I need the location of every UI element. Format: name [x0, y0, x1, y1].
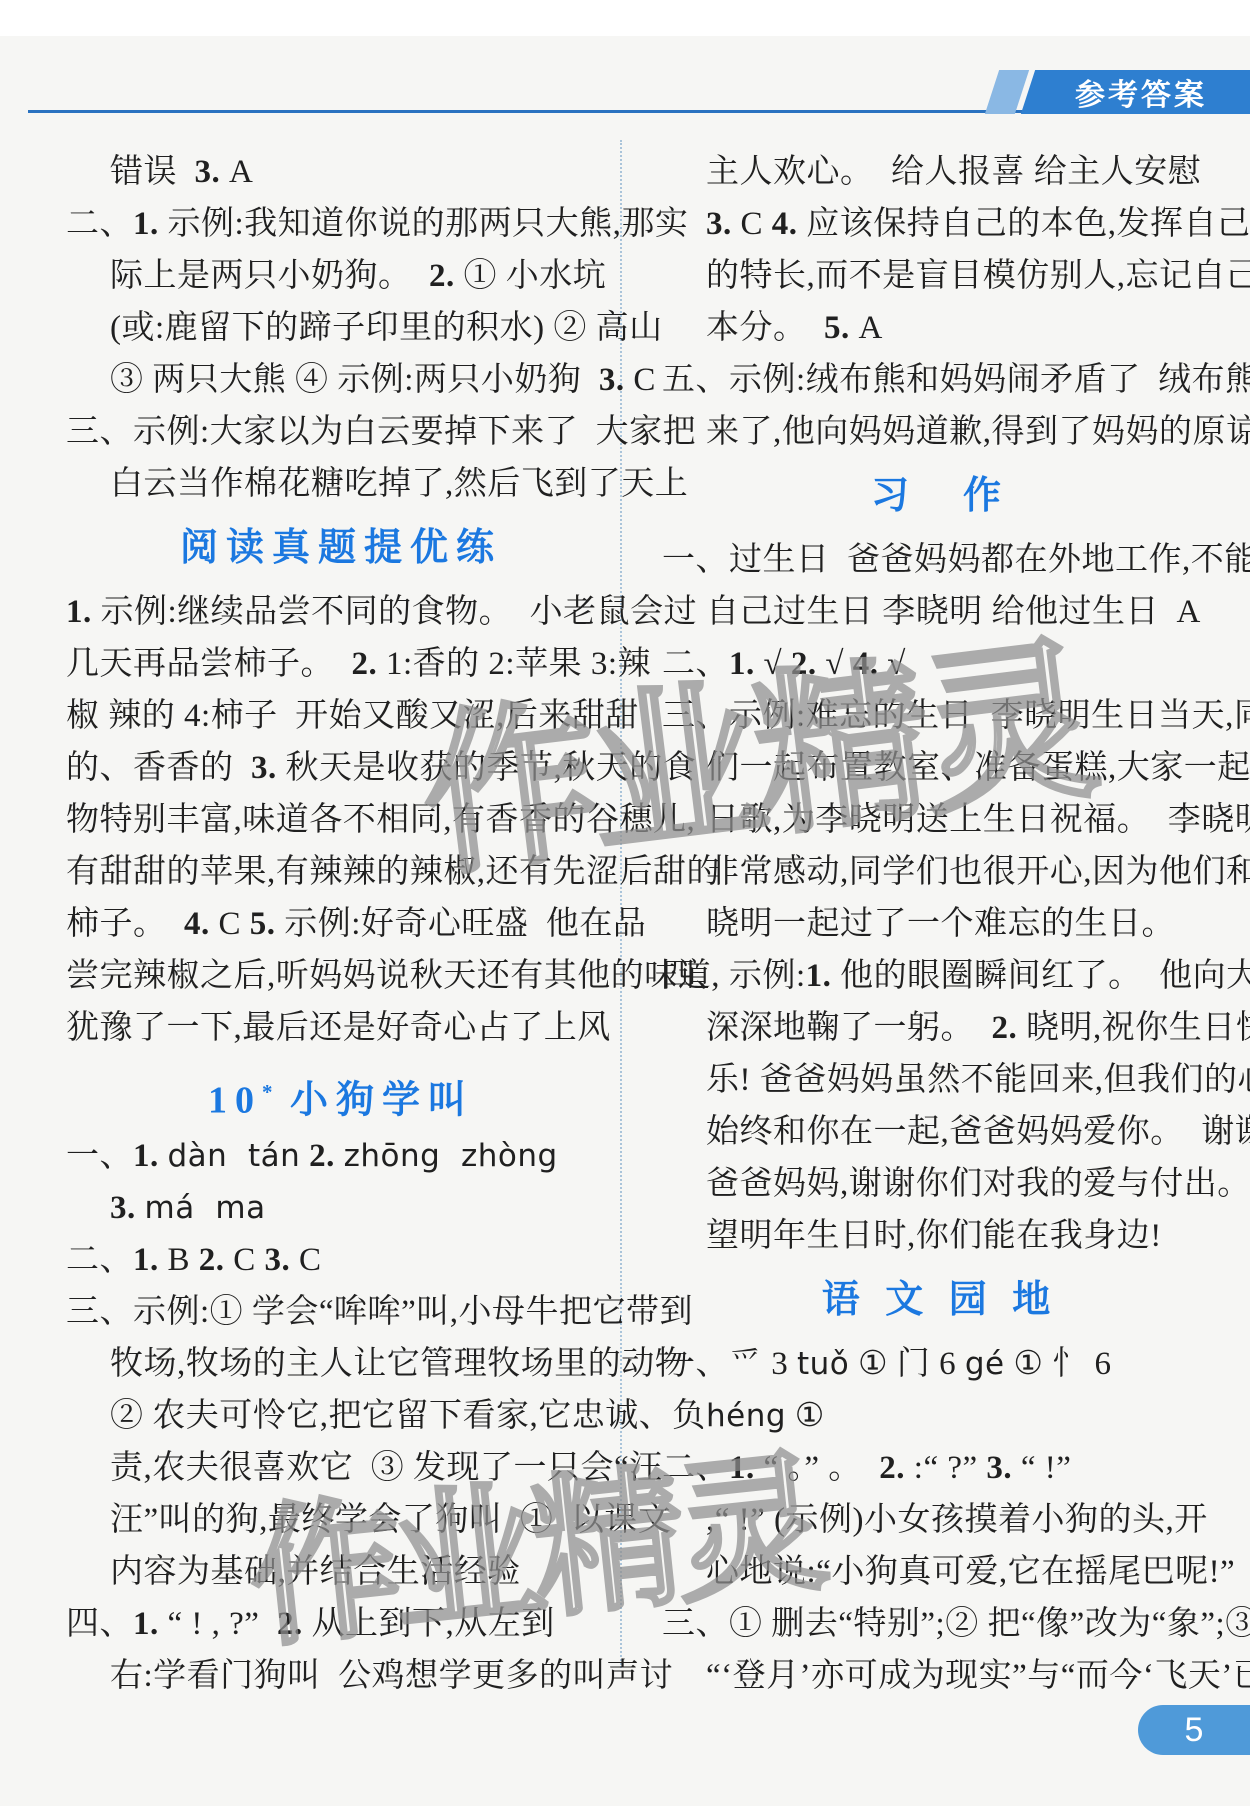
answer-line: 右:学看门狗叫 公鸡想学更多的叫声讨 [66, 1650, 616, 1702]
answer-line: 一、过生日 爸爸妈妈都在外地工作,不能陪 [662, 534, 1218, 586]
answer-line: 的特长,而不是盲目模仿别人,忘记自己的 [662, 250, 1218, 302]
section-heading: 语 文 园 地 [662, 1262, 1218, 1338]
answer-line: 三、示例:难忘的生日 李晓明生日当天,同学 [662, 690, 1218, 742]
answer-line: ② 农夫可怜它,把它留下看家,它忠诚、负 [66, 1390, 616, 1442]
answer-line: 错误 3. A [66, 146, 616, 198]
answer-line: 本分。 5. A [662, 302, 1218, 354]
answer-line: 3. C 4. 应该保持自己的本色,发挥自己 [662, 198, 1218, 250]
answer-line: 爸爸妈妈,谢谢你们对我的爱与付出。希 [662, 1158, 1218, 1210]
answer-line: 心地说:“小狗真可爱,它在摇尾巴呢!” [662, 1546, 1218, 1598]
page-number-badge: 5 [1138, 1705, 1250, 1755]
section-heading: 10* 小狗学叫 [66, 1054, 616, 1130]
answer-line: 三、示例:① 学会“哞哞”叫,小母牛把它带到 [66, 1286, 616, 1338]
answer-line: 二、1. 示例:我知道你说的那两只大熊,那实 [66, 198, 616, 250]
answer-line: 一、爫 3 tuǒ ① 门 6 gé ① 忄 6 [662, 1338, 1218, 1390]
answer-line: 三、示例:大家以为白云要掉下来了 大家把 [66, 406, 616, 458]
answer-line: 有甜甜的苹果,有辣辣的辣椒,还有先涩后甜的 [66, 846, 616, 898]
answer-line: 牧场,牧场的主人让它管理牧场里的动物 [66, 1338, 616, 1390]
answer-line: 们一起布置教室、准备蛋糕,大家一起唱生 [662, 742, 1218, 794]
answer-line: 非常感动,同学们也很开心,因为他们和李 [662, 846, 1218, 898]
page-top-margin [0, 0, 1250, 36]
answer-line: 二、1. B 2. C 3. C [66, 1234, 616, 1286]
answer-line: 一、1. dàn tán 2. zhōng zhòng [66, 1130, 616, 1182]
answer-line: 内容为基础,并结合生活经验 [66, 1546, 616, 1598]
answer-line: 二、1. √ 2. √ 4. √ [662, 638, 1218, 690]
answer-line: 来了,他向妈妈道歉,得到了妈妈的原谅 [662, 406, 1218, 458]
page-title: 参考答案 [1075, 70, 1221, 114]
answer-line: 望明年生日时,你们能在我身边! [662, 1210, 1218, 1262]
answer-line: 深深地鞠了一躬。 2. 晓明,祝你生日快 [662, 1002, 1218, 1054]
answer-line: “‘登月’亦可成为现实”与“而今‘飞天’已 [662, 1650, 1218, 1702]
right-column: 主人欢心。 给人报喜 给主人安慰3. C 4. 应该保持自己的本色,发挥自己的特… [662, 146, 1218, 1702]
left-column: 错误 3. A二、1. 示例:我知道你说的那两只大熊,那实际上是两只小奶狗。 2… [66, 146, 616, 1702]
answer-line: 日歌,为李晓明送上生日祝福。 李晓明 [662, 794, 1218, 846]
answer-line: 乐! 爸爸妈妈虽然不能回来,但我们的心 [662, 1054, 1218, 1106]
answer-line: 汪”叫的狗,最终学会了狗叫 ① 以课文 [66, 1494, 616, 1546]
answer-line: 晓明一起过了一个难忘的生日。 [662, 898, 1218, 950]
answer-line: 柿子。 4. C 5. 示例:好奇心旺盛 他在品 [66, 898, 616, 950]
answer-line: 责,农夫很喜欢它 ③ 发现了一只会“汪 [66, 1442, 616, 1494]
answer-key-page: 参考答案 错误 3. A二、1. 示例:我知道你说的那两只大熊,那实际上是两只小… [0, 0, 1250, 1806]
answer-line: 三、① 删去“特别”;② 把“像”改为“象”;③ 把 [662, 1598, 1218, 1650]
answer-line: 际上是两只小奶狗。 2. ① 小水坑 [66, 250, 616, 302]
answer-line: 几天再品尝柿子。 2. 1:香的 2:苹果 3:辣 [66, 638, 616, 690]
header-rule [28, 110, 1048, 113]
page-number: 5 [1185, 1711, 1204, 1750]
answer-line: ③ 两只大熊 ④ 示例:两只小奶狗 3. C [66, 354, 616, 406]
answer-line: 四、1. “ ! , ?” 2. 从上到下,从左到 [66, 1598, 616, 1650]
answer-line: 1. 示例:继续品尝不同的食物。 小老鼠会过 [66, 586, 616, 638]
answer-line: 白云当作棉花糖吃掉了,然后飞到了天上 [66, 458, 616, 510]
answer-line: héng ① [662, 1390, 1218, 1442]
answer-line: 的、香香的 3. 秋天是收获的季节,秋天的食 [66, 742, 616, 794]
answer-line: 主人欢心。 给人报喜 给主人安慰 [662, 146, 1218, 198]
section-heading: 习 作 [662, 458, 1218, 534]
answer-line: ,“ !” (示例)小女孩摸着小狗的头,开 [662, 1494, 1218, 1546]
answer-line: 尝完辣椒之后,听妈妈说秋天还有其他的味道, [66, 950, 616, 1002]
answer-line: 椒 辣的 4:柿子 开始又酸又涩,后来甜甜 [66, 690, 616, 742]
answer-line: 四、示例:1. 他的眼圈瞬间红了。 他向大家 [662, 950, 1218, 1002]
answer-line: 二、1. “ 。” 。 2. :“ ?” 3. “ !” [662, 1442, 1218, 1494]
header-ribbon: 参考答案 [1021, 70, 1250, 114]
answer-line: 物特别丰富,味道各不相同,有香香的谷穗儿, [66, 794, 616, 846]
answer-line: (或:鹿留下的蹄子印里的积水) ② 高山 [66, 302, 616, 354]
answer-line: 自己过生日 李晓明 给他过生日 A [662, 586, 1218, 638]
answer-line: 3. má ma [66, 1182, 616, 1234]
section-heading: 阅读真题提优练 [66, 510, 616, 586]
answer-line: 五、示例:绒布熊和妈妈闹矛盾了 绒布熊回 [662, 354, 1218, 406]
answer-line: 始终和你在一起,爸爸妈妈爱你。 谢谢 [662, 1106, 1218, 1158]
answer-line: 犹豫了一下,最后还是好奇心占了上风 [66, 1002, 616, 1054]
